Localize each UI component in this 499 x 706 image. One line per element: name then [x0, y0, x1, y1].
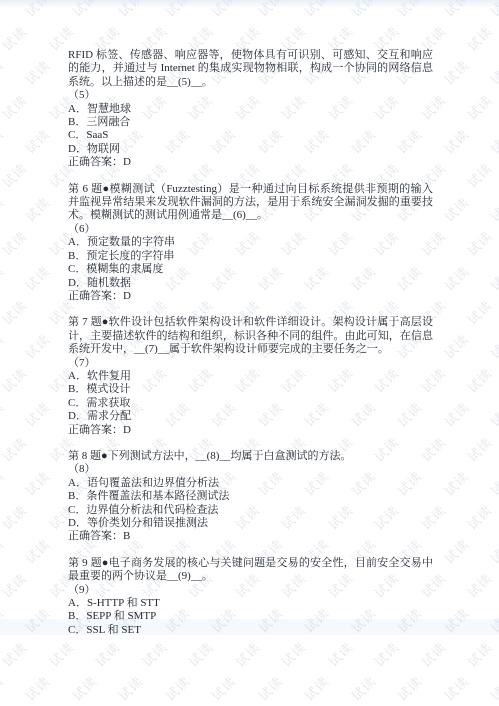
watermark-text: 试读 — [485, 466, 499, 499]
watermark-text: 试读 — [485, 56, 499, 89]
question-stem: 第 6 题●模糊测试（Fuzztesting）是一种通过向目标系统提供非预期的输… — [68, 183, 433, 223]
blank-number-label: （8） — [68, 463, 433, 476]
watermark-text: 试读 — [485, 261, 499, 294]
watermark-text: 试读 — [160, 671, 193, 704]
option-item: A．预定数量的字符串 — [68, 236, 433, 249]
watermark-text: 试读 — [439, 535, 472, 568]
watermark-text: 试读 — [485, 671, 499, 704]
watermark-text: 试读 — [485, 398, 499, 431]
watermark-text: 试读 — [0, 56, 7, 89]
watermark-text: 试读 — [0, 364, 31, 397]
watermark-text: 试读 — [462, 569, 495, 602]
answer-line: 正确答案：D — [68, 290, 433, 303]
question-block: 第 8 题●下列测试方法中，__(8)__均属于白盒测试的方法。 （8） A．语… — [68, 450, 433, 544]
answer-line: 正确答案：B — [68, 530, 433, 543]
option-item: B．三网融合 — [68, 116, 433, 129]
watermark-text: 试读 — [462, 90, 495, 123]
option-item: D．物联网 — [68, 143, 433, 156]
watermark-text: 试读 — [439, 261, 472, 294]
question-stem: 第 7 题●软件设计包括软件架构设计和软件详细设计。架构设计属于高层设计，主要描… — [68, 316, 433, 356]
watermark-text: 试读 — [20, 535, 53, 568]
watermark-text: 试读 — [0, 569, 31, 602]
blank-number-label: （7） — [68, 357, 433, 370]
watermark-text: 试读 — [439, 671, 472, 704]
question-stem: 第 8 题●下列测试方法中，__(8)__均属于白盒测试的方法。 — [68, 450, 433, 463]
watermark-text: 试读 — [20, 398, 53, 431]
watermark-text: 试读 — [439, 329, 472, 362]
watermark-text: 试读 — [346, 671, 379, 704]
option-item: C．模糊集的隶属度 — [68, 263, 433, 276]
watermark-text: 试读 — [462, 227, 495, 260]
option-item: B．条件覆盖法和基本路径测试法 — [68, 490, 433, 503]
watermark-text: 试读 — [253, 671, 286, 704]
watermark-text: 试读 — [439, 124, 472, 157]
watermark-text: 试读 — [392, 671, 425, 704]
watermark-text: 试读 — [0, 227, 31, 260]
watermark-text: 试读 — [0, 90, 31, 123]
question-block: 第 6 题●模糊测试（Fuzztesting）是一种通过向目标系统提供非预期的输… — [68, 183, 433, 304]
answer-line: 正确答案：D — [68, 424, 433, 437]
answer-line: 正确答案：D — [68, 156, 433, 169]
watermark-text: 试读 — [0, 329, 7, 362]
watermark-text: 试读 — [0, 637, 31, 670]
watermark-text: 试读 — [0, 295, 31, 328]
option-item: C．SaaS — [68, 129, 433, 142]
watermark-text: 试读 — [439, 398, 472, 431]
question-stem: RFID 标签、传感器、响应器等，使物体具有可识别、可感知、交互和响应的能力，并… — [68, 49, 433, 89]
question-block: 第 9 题●电子商务发展的核心与关键问题是交易的安全性，目前安全交易中最重要的两… — [68, 557, 433, 637]
watermark-text: 试读 — [20, 56, 53, 89]
option-item: D．等价类划分和错误推测法 — [68, 517, 433, 530]
option-item: A．智慧地球 — [68, 103, 433, 116]
option-item: A．语句覆盖法和边界值分析法 — [68, 477, 433, 490]
option-item: B．模式设计 — [68, 383, 433, 396]
watermark-text: 试读 — [462, 364, 495, 397]
watermark-text: 试读 — [462, 295, 495, 328]
option-item: D．需求分配 — [68, 410, 433, 423]
watermark-text: 试读 — [462, 432, 495, 465]
option-item: B．预定长度的字符串 — [68, 250, 433, 263]
option-item: C．需求获取 — [68, 397, 433, 410]
watermark-text: 试读 — [439, 56, 472, 89]
watermark-text: 试读 — [462, 158, 495, 191]
watermark-text: 试读 — [20, 124, 53, 157]
question-stem: 第 9 题●电子商务发展的核心与关键问题是交易的安全性，目前安全交易中最重要的两… — [68, 557, 433, 584]
watermark-text: 试读 — [113, 671, 146, 704]
document-text: RFID 标签、传感器、响应器等，使物体具有可识别、可感知、交互和响应的能力，并… — [68, 49, 433, 650]
blank-number-label: （5） — [68, 89, 433, 102]
watermark-text: 试读 — [0, 500, 31, 533]
watermark-text: 试读 — [0, 193, 7, 226]
option-item: A．S-HTTP 和 STT — [68, 597, 433, 610]
watermark-text: 试读 — [462, 500, 495, 533]
option-item: B．SEPP 和 SMTP — [68, 610, 433, 623]
watermark-text: 试读 — [67, 671, 100, 704]
watermark-text: 试读 — [485, 124, 499, 157]
option-item: D．随机数据 — [68, 277, 433, 290]
question-block: RFID 标签、传感器、响应器等，使物体具有可识别、可感知、交互和响应的能力，并… — [68, 49, 433, 170]
watermark-text: 试读 — [20, 193, 53, 226]
watermark-text: 试读 — [485, 193, 499, 226]
watermark-text: 试读 — [462, 637, 495, 670]
watermark-text: 试读 — [20, 261, 53, 294]
watermark-text: 试读 — [462, 22, 495, 55]
watermark-text: 试读 — [0, 124, 7, 157]
watermark-text: 试读 — [439, 466, 472, 499]
blank-number-label: （9） — [68, 584, 433, 597]
watermark-text: 试读 — [20, 329, 53, 362]
option-item: A．软件复用 — [68, 370, 433, 383]
watermark-text: 试读 — [0, 22, 31, 55]
watermark-text: 试读 — [0, 535, 7, 568]
option-item: C．边界值分析法和代码检查法 — [68, 504, 433, 517]
watermark-text: 试读 — [206, 671, 239, 704]
document-page: 试读试读试读试读试读试读试读试读试读试读试读试读试读试读试读试读试读试读试读试读… — [0, 0, 499, 706]
watermark-text: 试读 — [299, 671, 332, 704]
watermark-text: 试读 — [0, 432, 31, 465]
watermark-text: 试读 — [0, 398, 7, 431]
watermark-text: 试读 — [0, 671, 7, 704]
watermark-text: 试读 — [20, 466, 53, 499]
question-block: 第 7 题●软件设计包括软件架构设计和软件详细设计。架构设计属于高层设计，主要描… — [68, 316, 433, 437]
watermark-text: 试读 — [0, 466, 7, 499]
scan-tint-band-top — [0, 0, 499, 8]
watermark-text: 试读 — [0, 261, 7, 294]
blank-number-label: （6） — [68, 223, 433, 236]
watermark-text: 试读 — [485, 329, 499, 362]
option-item: C．SSL 和 SET — [68, 624, 433, 637]
watermark-text: 试读 — [0, 158, 31, 191]
watermark-text: 试读 — [439, 193, 472, 226]
watermark-text: 试读 — [485, 535, 499, 568]
watermark-text: 试读 — [20, 671, 53, 704]
